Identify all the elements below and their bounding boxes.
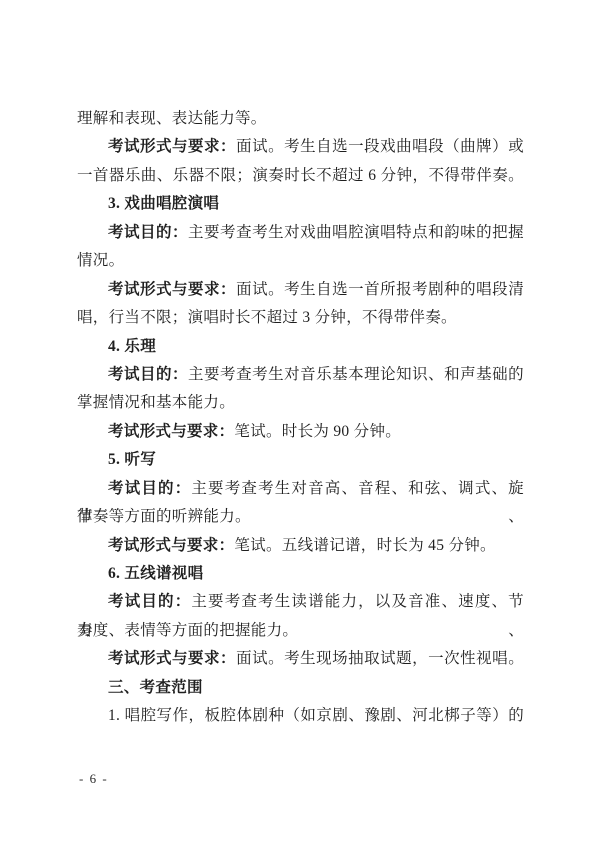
- line-text: 主要考查考生对戏曲唱腔演唱特点和韵味的把握: [188, 224, 524, 241]
- field-label: 考试目的：: [108, 480, 191, 497]
- field-label: 考试目的：: [108, 224, 188, 241]
- line-text: 面试。考生现场抽取试题，一次性视唱。: [236, 650, 524, 667]
- section-heading: 三、考查范围: [77, 674, 524, 702]
- text-line: 唱，行当不限；演唱时长不超过 3 分钟，不得带伴奏。: [77, 304, 524, 332]
- field-label: 考试目的：: [108, 593, 191, 610]
- field-label: 考试形式与要求：: [108, 423, 234, 440]
- text-line: 考试形式与要求：笔试。五线谱记谱，时长为 45 分钟。: [77, 532, 524, 560]
- field-label: 考试形式与要求：: [108, 537, 234, 554]
- document-body: 理解和表现、表达能力等。考试形式与要求：面试。考生自选一段戏曲唱段（曲牌）或一首…: [77, 105, 524, 731]
- field-label: 考试形式与要求：: [108, 650, 236, 667]
- line-text: 面试。考生自选一段戏曲唱段（曲牌）或: [236, 138, 524, 155]
- text-line: 理解和表现、表达能力等。: [77, 105, 524, 133]
- text-line: 1. 唱腔写作，板腔体剧种（如京剧、豫剧、河北梆子等）的: [77, 702, 524, 730]
- page-number: - 6 -: [79, 771, 108, 787]
- text-line: 情况。: [77, 247, 524, 275]
- text-line: 考试形式与要求：笔试。时长为 90 分钟。: [77, 418, 524, 446]
- text-line: 考试形式与要求：面试。考生现场抽取试题，一次性视唱。: [77, 645, 524, 673]
- line-text: 笔试。五线谱记谱，时长为 45 分钟。: [234, 537, 495, 554]
- section-heading: 4. 乐理: [77, 333, 524, 361]
- section-heading: 5. 听写: [77, 446, 524, 474]
- text-line: 考试形式与要求：面试。考生自选一首所报考剧种的唱段清: [77, 276, 524, 304]
- field-label: 考试形式与要求：: [108, 138, 236, 155]
- section-heading: 3. 戏曲唱腔演唱: [77, 190, 524, 218]
- text-line: 掌握情况和基本能力。: [77, 389, 524, 417]
- text-line: 考试目的：主要考查考生对戏曲唱腔演唱特点和韵味的把握: [77, 219, 524, 247]
- field-label: 考试形式与要求：: [108, 281, 236, 298]
- text-line: 考试形式与要求：面试。考生自选一段戏曲唱段（曲牌）或: [77, 133, 524, 161]
- line-text: 笔试。时长为 90 分钟。: [234, 423, 401, 440]
- section-heading: 6. 五线谱视唱: [77, 560, 524, 588]
- text-line: 考试目的：主要考查考生对音乐基本理论知识、和声基础的: [77, 361, 524, 389]
- document-page: { "page": { "footer": { "page_number": "…: [0, 0, 595, 842]
- line-text: 主要考查考生对音乐基本理论知识、和声基础的: [188, 366, 524, 383]
- text-line: 考试目的：主要考查考生读谱能力，以及音准、速度、节奏、: [77, 588, 524, 616]
- text-line: 考试目的：主要考查考生对音高、音程、和弦、调式、旋律、: [77, 475, 524, 503]
- line-text: 面试。考生自选一首所报考剧种的唱段清: [236, 281, 524, 298]
- text-line: 一首器乐曲、乐器不限；演奏时长不超过 6 分钟，不得带伴奏。: [77, 162, 524, 190]
- field-label: 考试目的：: [108, 366, 188, 383]
